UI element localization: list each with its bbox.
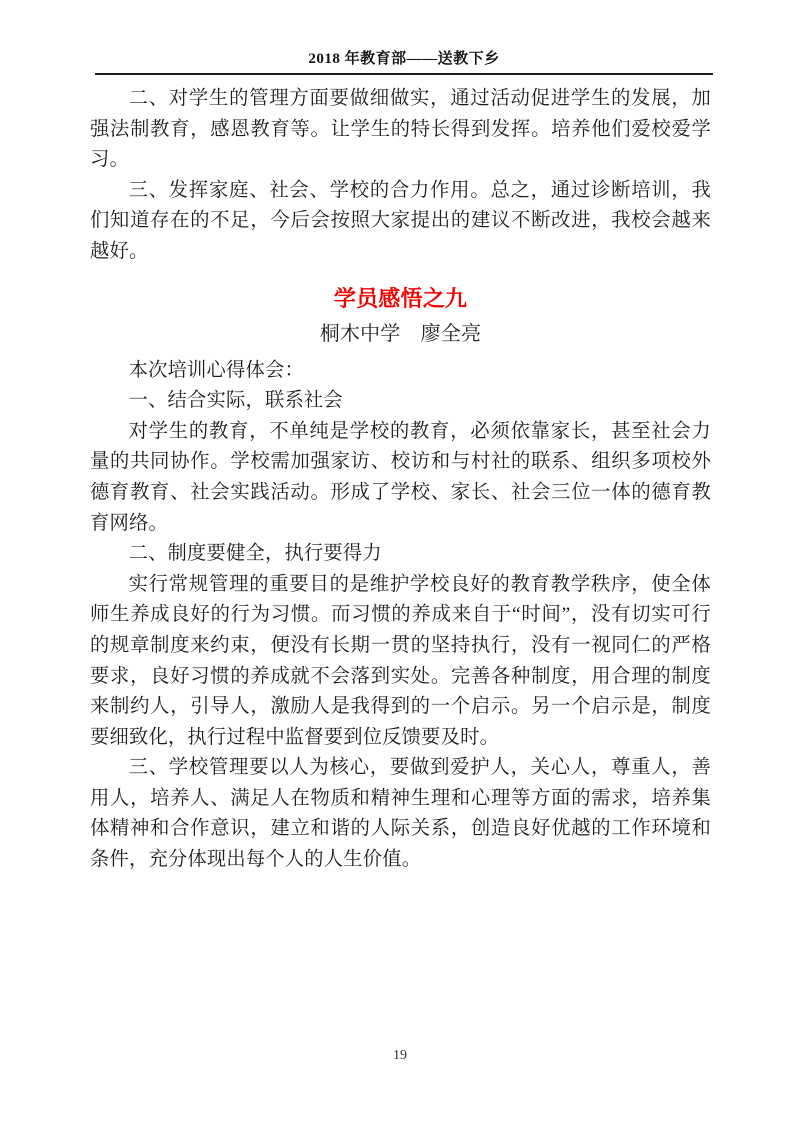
header-rule — [95, 73, 713, 75]
byline: 桐木中学 廖全亮 — [90, 318, 711, 350]
paragraph: 三、发挥家庭、社会、学校的合力作用。总之，通过诊断培训，我们知道存在的不足，今后… — [90, 176, 711, 268]
paragraph: 一、结合实际，联系社会 — [90, 386, 711, 417]
paragraph: 二、对学生的管理方面要做细做实，通过活动促进学生的发展，加强法制教育，感恩教育等… — [90, 84, 711, 176]
paragraph: 对学生的教育，不单纯是学校的教育，必须依靠家长，甚至社会力量的共同协作。学校需加… — [90, 417, 711, 539]
page-header: 2018 年教育部——送教下乡 — [95, 48, 713, 75]
page-footer: 19 — [0, 1046, 800, 1064]
paragraph: 实行常规管理的重要目的是维护学校良好的教育教学秩序，使全体师生养成良好的行为习惯… — [90, 570, 711, 754]
document-body: 二、对学生的管理方面要做细做实，通过活动促进学生的发展，加强法制教育，感恩教育等… — [90, 84, 711, 876]
section-title: 学员感悟之九 — [90, 282, 711, 316]
page-number: 19 — [393, 1048, 407, 1063]
paragraph: 本次培训心得体会： — [90, 356, 711, 387]
document-page: 2018 年教育部——送教下乡 二、对学生的管理方面要做细做实，通过活动促进学生… — [0, 0, 800, 1131]
paragraph: 二、制度要健全，执行要得力 — [90, 539, 711, 570]
paragraph: 三、学校管理要以人为核心，要做到爱护人，关心人，尊重人，善用人，培养人、满足人在… — [90, 753, 711, 875]
header-title: 2018 年教育部——送教下乡 — [95, 48, 713, 70]
